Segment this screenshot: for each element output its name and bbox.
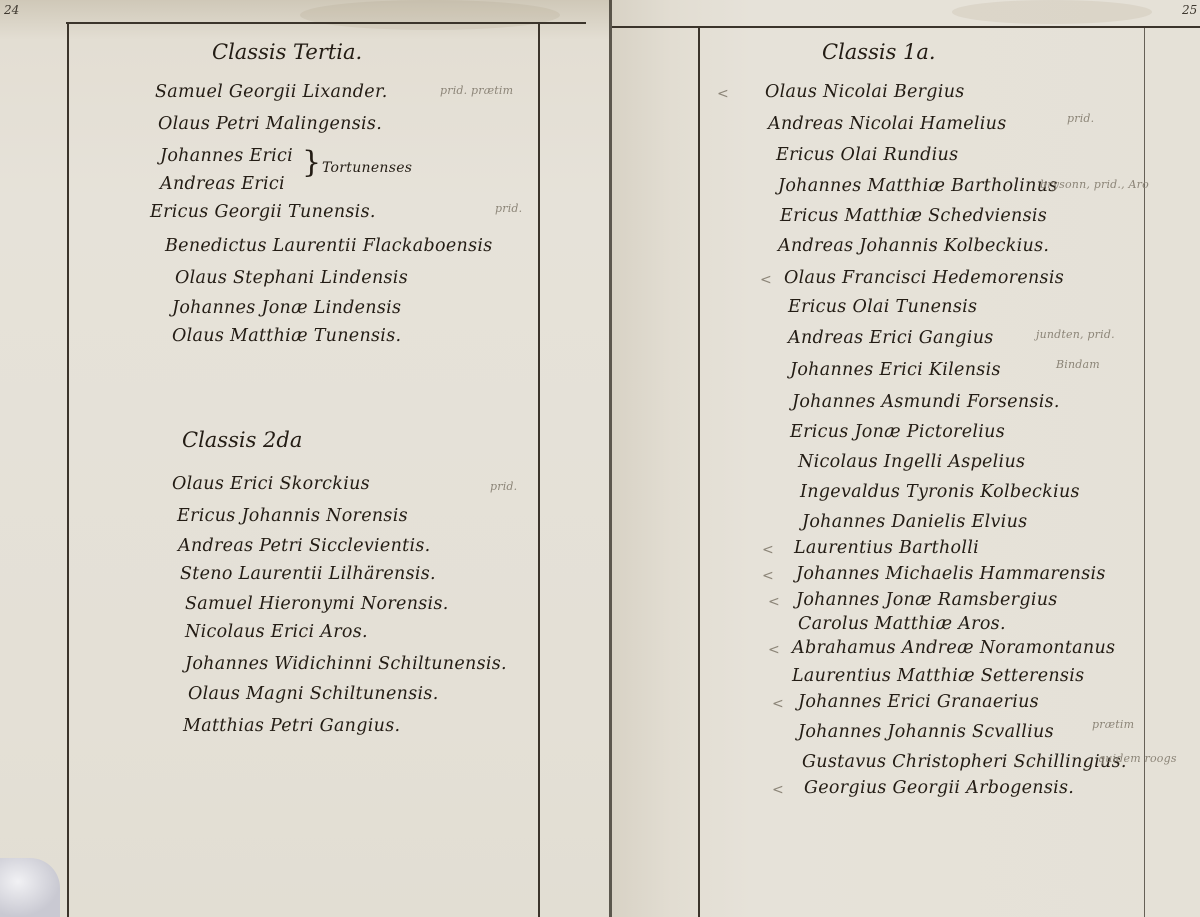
name-entry: Johannes Erici: [160, 146, 293, 166]
paper-stain: [952, 0, 1152, 24]
section-heading-classis-2da: Classis 2da: [182, 428, 302, 452]
name-entry: Johannes Johannis Scvallius: [798, 722, 1054, 742]
name-entry: Johannes Jonæ Lindensis: [172, 298, 401, 318]
top-rule-right: [612, 26, 1200, 28]
name-entry: Johannes Erici Kilensis: [790, 360, 1001, 380]
name-entry: Andreas Nicolai Hamelius: [768, 114, 1007, 134]
book-spine-gutter: [609, 0, 612, 917]
name-entry: Ericus Olai Tunensis: [788, 297, 977, 317]
name-entry: Matthias Petri Gangius.: [183, 716, 400, 736]
name-entry: Johannes Danielis Elvius: [802, 512, 1027, 532]
name-entry: Johannes Jonæ Ramsbergius: [796, 590, 1058, 610]
section-heading-classis-1a: Classis 1a.: [822, 40, 936, 64]
name-entry: Laurentius Matthiæ Setterensis: [792, 666, 1084, 686]
name-entry: Ingevaldus Tyronis Kolbeckius: [800, 482, 1080, 502]
name-entry: Samuel Georgii Lixander.: [155, 82, 388, 102]
pencil-margin-note: Bindam: [1056, 358, 1100, 371]
left-arrow-mark-icon: <: [772, 696, 784, 712]
name-entry: Ericus Georgii Tunensis.: [150, 202, 376, 222]
bracket-brace-icon: }: [302, 148, 321, 178]
thumb-glove: [0, 858, 60, 917]
left-arrow-mark-icon: <: [762, 568, 774, 584]
name-entry: Johannes Widichinni Schiltunensis.: [185, 654, 507, 674]
name-entry: Ericus Jonæ Pictorelius: [790, 422, 1005, 442]
name-entry: Laurentius Bartholli: [794, 538, 979, 558]
top-rule-left: [66, 22, 586, 24]
name-entry: Benedictus Laurentii Flackaboensis: [165, 236, 493, 256]
margin-rule-left-inner: [67, 22, 69, 917]
left-page: 24 Classis Tertia. Samuel Georgii Lixand…: [0, 0, 612, 917]
page-number-right: 25: [1182, 3, 1197, 17]
page-number-left: 24: [4, 3, 19, 17]
name-entry: Gustavus Christopheri Schillingius.: [802, 752, 1127, 772]
pencil-margin-note: prid.: [495, 202, 522, 215]
name-entry: Samuel Hieronymi Norensis.: [185, 594, 449, 614]
name-entry: Olaus Nicolai Bergius: [765, 82, 965, 102]
name-entry: Carolus Matthiæ Aros.: [798, 614, 1006, 634]
pencil-margin-note: jundten, prid.: [1036, 328, 1115, 341]
paper-stain: [300, 0, 560, 30]
name-entry: Johannes Erici Granaerius: [798, 692, 1039, 712]
left-arrow-mark-icon: <: [717, 86, 729, 102]
name-entry: Andreas Erici Gangius: [788, 328, 994, 348]
name-entry: Nicolaus Ingelli Aspelius: [798, 452, 1025, 472]
name-entry: Johannes Michaelis Hammarensis: [796, 564, 1106, 584]
pencil-margin-note: prid.: [490, 480, 517, 493]
left-arrow-mark-icon: <: [772, 782, 784, 798]
name-entry: Olaus Erici Skorckius: [172, 474, 370, 494]
name-entry: Ericus Olai Rundius: [776, 145, 958, 165]
name-entry: Andreas Johannis Kolbeckius.: [778, 236, 1049, 256]
left-arrow-mark-icon: <: [760, 272, 772, 288]
name-entry: Johannes Matthiæ Bartholinus: [778, 176, 1058, 196]
left-arrow-mark-icon: <: [768, 642, 780, 658]
pencil-margin-note: prid.: [1067, 112, 1094, 125]
pencil-margin-note: quidem roogs: [1098, 752, 1177, 765]
margin-rule-right-outer: [1144, 28, 1145, 917]
name-entry: Johannes Asmundi Forsensis.: [792, 392, 1060, 412]
margin-rule-left-outer: [538, 22, 540, 917]
left-arrow-mark-icon: <: [768, 594, 780, 610]
name-entry: Olaus Stephani Lindensis: [175, 268, 408, 288]
name-entry: Steno Laurentii Lilhärensis.: [180, 564, 436, 584]
name-entry: Andreas Petri Sicclevientis.: [178, 536, 431, 556]
section-heading-classis-tertia: Classis Tertia.: [212, 40, 362, 64]
name-entry: Andreas Erici: [160, 174, 285, 194]
left-arrow-mark-icon: <: [762, 542, 774, 558]
bracket-note: Tortunenses: [322, 160, 412, 176]
name-entry: Olaus Petri Malingensis.: [158, 114, 382, 134]
right-page: 25 Classis 1a. < Olaus Nicolai Bergius A…: [612, 0, 1200, 917]
name-entry: Olaus Matthiæ Tunensis.: [172, 326, 401, 346]
name-entry: Nicolaus Erici Aros.: [185, 622, 368, 642]
name-entry: Ericus Matthiæ Schedviensis: [780, 206, 1047, 226]
pencil-margin-note: brysonn, prid., Aro: [1040, 178, 1149, 191]
pencil-margin-note: prid. prætim: [440, 84, 513, 97]
margin-rule-right-inner: [698, 28, 700, 917]
name-entry: Olaus Francisci Hedemorensis: [784, 268, 1064, 288]
name-entry: Georgius Georgii Arbogensis.: [804, 778, 1074, 798]
name-entry: Olaus Magni Schiltunensis.: [188, 684, 439, 704]
name-entry: Ericus Johannis Norensis: [177, 506, 408, 526]
pencil-margin-note: prætim: [1092, 718, 1134, 731]
name-entry: Abrahamus Andreæ Noramontanus: [792, 638, 1115, 658]
manuscript-spread: 24 Classis Tertia. Samuel Georgii Lixand…: [0, 0, 1200, 917]
